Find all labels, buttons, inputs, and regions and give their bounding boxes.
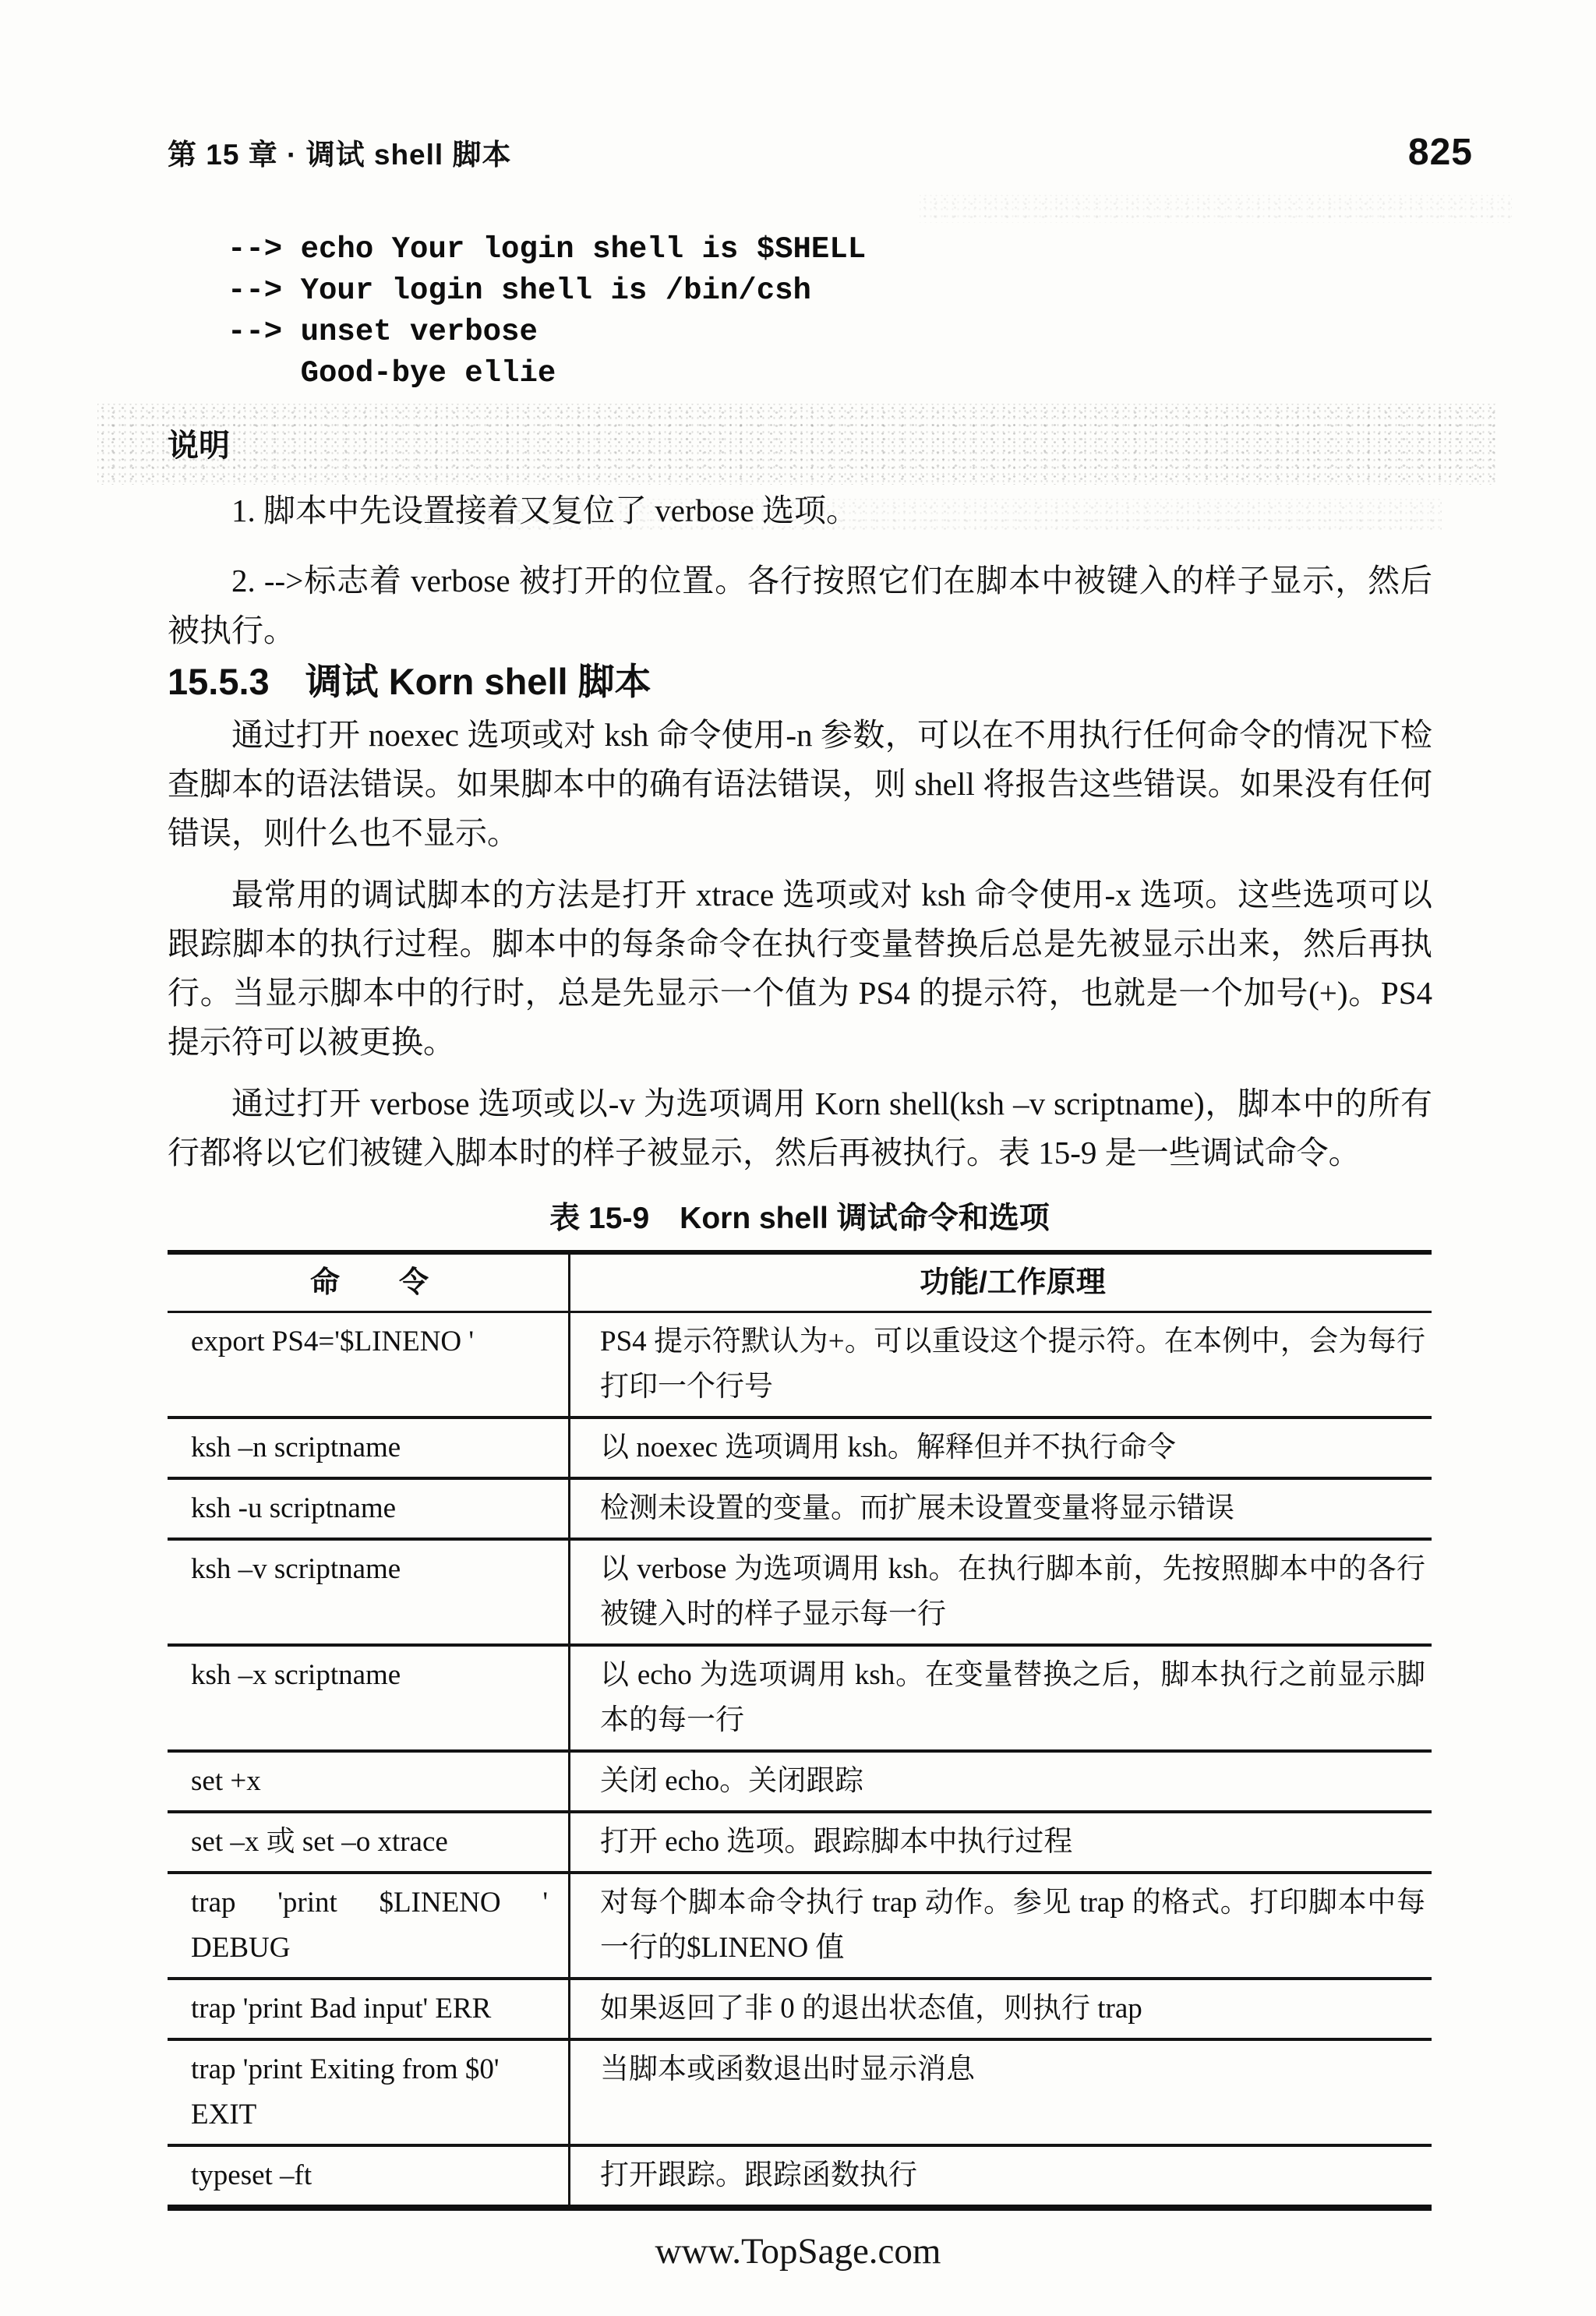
- description-cell: PS4 提示符默认为+。可以重设这个提示符。在本例中，会为每行打印一个行号: [570, 1313, 1432, 1416]
- table-row: set +x 关闭 echo。关闭跟踪: [168, 1753, 1432, 1813]
- command-cell: typeset –ft: [168, 2147, 570, 2205]
- description-cell: 打开 echo 选项。跟踪脚本中执行过程: [570, 1813, 1432, 1871]
- paragraph: 通过打开 verbose 选项或以-v 为选项调用 Korn shell(ksh…: [168, 1079, 1432, 1177]
- description-cell: 检测未设置的变量。而扩展未设置变量将显示错误: [570, 1480, 1432, 1538]
- command-cell: ksh -u scriptname: [168, 1480, 570, 1538]
- command-cell: ksh –n scriptname: [168, 1419, 570, 1477]
- table-row: ksh –v scriptname 以 verbose 为选项调用 ksh。在执…: [168, 1541, 1432, 1647]
- page-header: 第 15 章 · 调试 shell 脚本 825: [168, 131, 1473, 174]
- description-cell: 以 noexec 选项调用 ksh。解释但并不执行命令: [570, 1419, 1432, 1477]
- notes-section: 说明 1. 脚本中先设置接着又复位了 verbose 选项。 2. -->标志着…: [168, 421, 1432, 655]
- command-cell: trap 'print Bad input' ERR: [168, 1980, 570, 2038]
- debug-commands-table: 表 15-9 Korn shell 调试命令和选项 命 令 功能/工作原理 ex…: [168, 1194, 1432, 2211]
- scan-noise: [920, 195, 1512, 223]
- table-row: ksh –x scriptname 以 echo 为选项调用 ksh。在变量替换…: [168, 1647, 1432, 1753]
- command-cell: ksh –v scriptname: [168, 1541, 570, 1643]
- command-cell: trap 'print Exiting from $0' EXIT: [168, 2041, 570, 2144]
- section-heading: 15.5.3调试 Korn shell 脚本: [168, 653, 651, 705]
- notes-title: 说明: [168, 421, 1432, 465]
- section-title: 调试 Korn shell 脚本: [305, 661, 651, 702]
- table-row: export PS4='$LINENO ' PS4 提示符默认为+。可以重设这个…: [168, 1313, 1432, 1419]
- table-row: typeset –ft 打开跟踪。跟踪函数执行: [168, 2147, 1432, 2205]
- column-header-description: 功能/工作原理: [570, 1255, 1432, 1311]
- description-cell: 以 verbose 为选项调用 ksh。在执行脚本前，先按照脚本中的各行被键入时…: [570, 1541, 1432, 1643]
- command-cell: set +x: [168, 1753, 570, 1810]
- table-row: trap 'print $LINENO ' DEBUG 对每个脚本命令执行 tr…: [168, 1874, 1432, 1980]
- table: 命 令 功能/工作原理 export PS4='$LINENO ' PS4 提示…: [168, 1250, 1432, 2211]
- command-cell: export PS4='$LINENO ': [168, 1313, 570, 1416]
- column-header-command: 命 令: [168, 1255, 570, 1311]
- note-item: 1. 脚本中先设置接着又复位了 verbose 选项。: [168, 485, 1432, 535]
- description-cell: 如果返回了非 0 的退出状态值，则执行 trap: [570, 1980, 1432, 2038]
- page-number: 825: [1408, 131, 1473, 174]
- paragraph: 最常用的调试脚本的方法是打开 xtrace 选项或对 ksh 命令使用-x 选项…: [168, 870, 1432, 1067]
- code-block: --> echo Your login shell is $SHELL --> …: [228, 229, 866, 394]
- command-cell: ksh –x scriptname: [168, 1647, 570, 1749]
- paragraph: 通过打开 noexec 选项或对 ksh 命令使用-n 参数，可以在不用执行任何…: [168, 711, 1432, 858]
- note-item: 2. -->标志着 verbose 被打开的位置。各行按照它们在脚本中被键入的样…: [168, 556, 1432, 655]
- command-cell: set –x 或 set –o xtrace: [168, 1813, 570, 1871]
- description-cell: 以 echo 为选项调用 ksh。在变量替换之后，脚本执行之前显示脚本的每一行: [570, 1647, 1432, 1749]
- description-cell: 当脚本或函数退出时显示消息: [570, 2041, 1432, 2144]
- book-page: 第 15 章 · 调试 shell 脚本 825 --> echo Your l…: [0, 0, 1596, 2316]
- command-cell: trap 'print $LINENO ' DEBUG: [168, 1874, 570, 1977]
- footer-watermark: www.TopSage.com: [0, 2230, 1596, 2272]
- table-header-row: 命 令 功能/工作原理: [168, 1255, 1432, 1313]
- table-caption: 表 15-9 Korn shell 调试命令和选项: [168, 1194, 1432, 1237]
- chapter-title: 第 15 章 · 调试 shell 脚本: [168, 131, 511, 173]
- description-cell: 对每个脚本命令执行 trap 动作。参见 trap 的格式。打印脚本中每一行的$…: [570, 1874, 1432, 1977]
- description-cell: 关闭 echo。关闭跟踪: [570, 1753, 1432, 1810]
- table-row: ksh -u scriptname 检测未设置的变量。而扩展未设置变量将显示错误: [168, 1480, 1432, 1541]
- table-row: trap 'print Bad input' ERR 如果返回了非 0 的退出状…: [168, 1980, 1432, 2041]
- section-number: 15.5.3: [168, 661, 270, 702]
- table-row: set –x 或 set –o xtrace 打开 echo 选项。跟踪脚本中执…: [168, 1813, 1432, 1874]
- body-text: 通过打开 noexec 选项或对 ksh 命令使用-n 参数，可以在不用执行任何…: [168, 711, 1432, 1190]
- table-row: ksh –n scriptname 以 noexec 选项调用 ksh。解释但并…: [168, 1419, 1432, 1480]
- description-cell: 打开跟踪。跟踪函数执行: [570, 2147, 1432, 2205]
- table-row: trap 'print Exiting from $0' EXIT 当脚本或函数…: [168, 2041, 1432, 2147]
